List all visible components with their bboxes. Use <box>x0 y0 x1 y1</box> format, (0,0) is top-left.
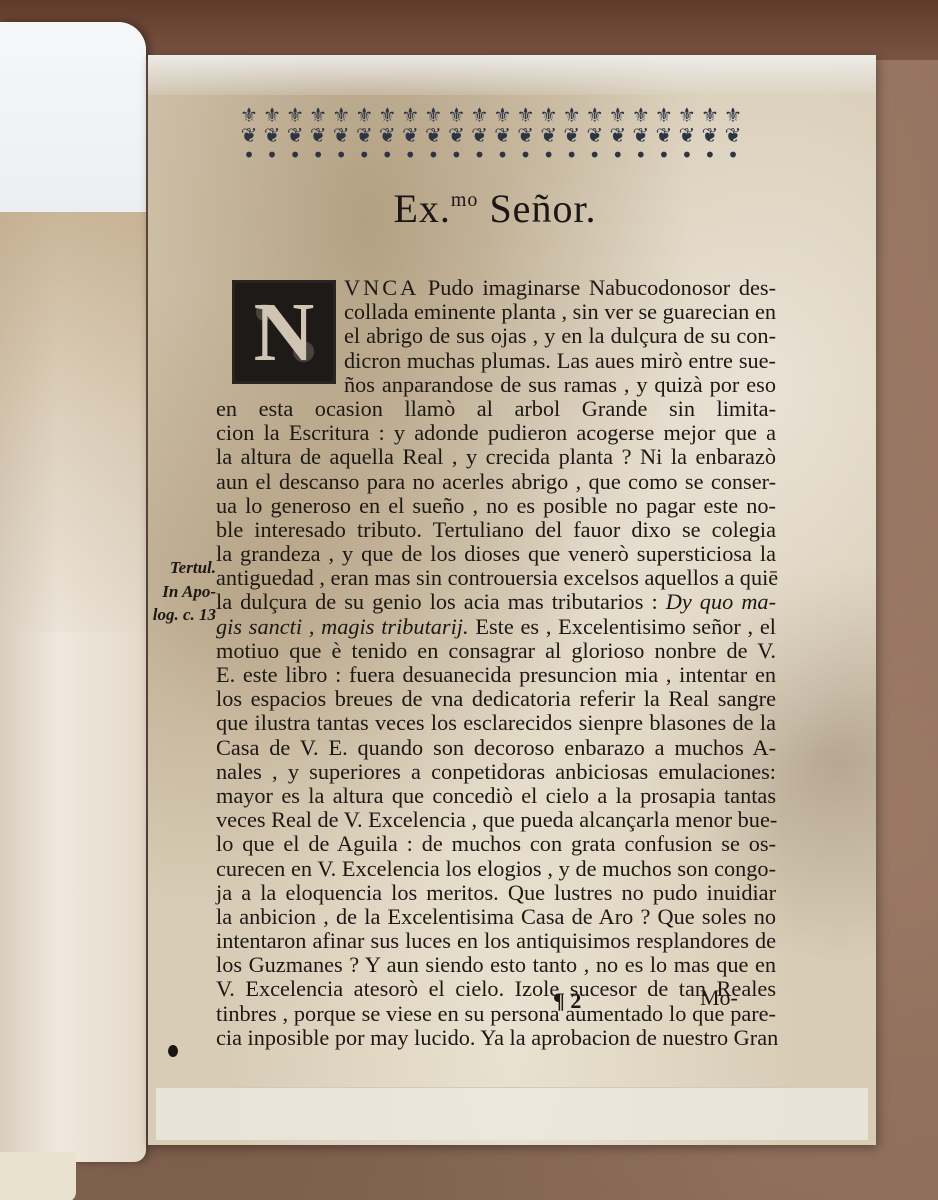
fleuron-glyph: ⚜ <box>240 101 258 121</box>
line-text: motiuo que è tenido en consagrar al glor… <box>216 638 776 663</box>
fleuron-glyph: ⚜ <box>724 101 742 121</box>
title-rest: Señor. <box>489 186 596 231</box>
fleuron-icon: ⚜❦• <box>399 101 421 161</box>
fleuron-icon: ⚜❦• <box>515 101 537 161</box>
text-line: E. este libro : fuera desuanecida presun… <box>216 663 776 687</box>
line-text: los espacios breues de vna dedicatoria r… <box>216 686 776 711</box>
title-superscript: mo <box>451 189 479 211</box>
fleuron-glyph: ❦ <box>609 121 626 141</box>
text-line: motiuo que è tenido en consagrar al glor… <box>216 639 776 663</box>
fleuron-glyph: • <box>243 141 255 161</box>
line-text: ja a la eloquencia los meritos. Que lust… <box>216 880 776 905</box>
line-text: aun el descanso para no acerles abrigo ,… <box>216 469 776 494</box>
text-line: Casa de V. E. quando son decoroso enbara… <box>216 736 776 760</box>
text-line: tinbres , porque se viese en su persona … <box>216 1002 776 1026</box>
margin-note-line: Tertul. <box>140 556 216 580</box>
fleuron-icon: ⚜❦• <box>445 101 467 161</box>
fleuron-icon: ⚜❦• <box>653 101 675 161</box>
line-text: Casa de V. E. quando son decoroso enbara… <box>216 735 776 760</box>
fleuron-glyph: • <box>335 141 347 161</box>
fleuron-icon: ⚜❦• <box>261 101 283 161</box>
fleuron-glyph: ❦ <box>448 121 465 141</box>
line-text: cion la Escritura : y adonde pudieron ac… <box>216 420 776 445</box>
fleuron-glyph: ❦ <box>563 121 580 141</box>
fleuron-glyph: • <box>381 141 393 161</box>
fleuron-glyph: • <box>589 141 601 161</box>
line-text: tinbres , porque se viese en su persona … <box>216 1001 776 1026</box>
text-line: ua lo generoso en el sueño , no es posib… <box>216 494 776 518</box>
text-line: veces Real de V. Excelencia , que pueda … <box>216 808 776 832</box>
fleuron-glyph: ❦ <box>287 121 304 141</box>
left-page-tab <box>0 1152 76 1200</box>
fleuron-icon: ⚜❦• <box>607 101 629 161</box>
line-text: veces Real de V. Excelencia , que pueda … <box>216 807 777 832</box>
fleuron-glyph: • <box>266 141 278 161</box>
fleuron-glyph: • <box>358 141 370 161</box>
catchword: Mo- <box>700 985 738 1011</box>
text-line: gis sancti , magis tributarij. Este es ,… <box>216 615 776 639</box>
fleuron-glyph: ❦ <box>702 121 719 141</box>
line-text: la altura de aquella Real , y crecida pl… <box>216 444 776 469</box>
fleuron-glyph: ⚜ <box>424 101 442 121</box>
fleuron-icon: ⚜❦• <box>376 101 398 161</box>
line-text: mayor es la altura que concediò el cielo… <box>216 783 776 808</box>
fleuron-icon: ⚜❦• <box>630 101 652 161</box>
left-page-white-section <box>0 22 146 212</box>
line-text: ble interesado tributo. Tertuliano del f… <box>216 517 776 542</box>
text-line: los espacios breues de vna dedicatoria r… <box>216 687 776 711</box>
text-line: antiguedad , eran mas sin controuersia e… <box>216 566 776 590</box>
text-line: cia inposible por may lucido. Ya la apro… <box>216 1026 776 1050</box>
text-line: nales , y superiores a conpetidoras anbi… <box>216 760 776 784</box>
fleuron-glyph: ⚜ <box>447 101 465 121</box>
margin-note-line: In Apo- <box>140 580 216 604</box>
fleuron-glyph: ⚜ <box>609 101 627 121</box>
fleuron-glyph: ⚜ <box>655 101 673 121</box>
text-line: V. Excelencia atesorò el cielo. Izole su… <box>216 977 776 1001</box>
text-line: collada eminente planta , sin ver se gua… <box>216 300 776 324</box>
line-text: V. Excelencia atesorò el cielo. Izole su… <box>216 976 776 1001</box>
title-main: Ex. <box>393 186 450 231</box>
line-text: lo que el de Aguila : de muchos con grat… <box>216 831 776 856</box>
fleuron-icon: ⚜❦• <box>492 101 514 161</box>
fleuron-glyph: ❦ <box>471 121 488 141</box>
fleuron-glyph: • <box>566 141 578 161</box>
fleuron-glyph: • <box>635 141 647 161</box>
text-line: los Guzmanes ? Y aun siendo esto tanto ,… <box>216 953 776 977</box>
fleuron-glyph: ❦ <box>310 121 327 141</box>
line-text: cia inposible por may lucido. Ya la apro… <box>216 1025 778 1050</box>
fleuron-icon: ⚜❦• <box>468 101 490 161</box>
fleuron-glyph: ⚜ <box>632 101 650 121</box>
dedication-body-text: VNCA Pudo imaginarse Nabucodonosor des-c… <box>216 276 776 1050</box>
margin-note-line: log. c. 13 <box>140 603 216 627</box>
fleuron-glyph: ❦ <box>632 121 649 141</box>
fleuron-glyph: ⚜ <box>263 101 281 121</box>
fleuron-glyph: • <box>658 141 670 161</box>
fleuron-icon: ⚜❦• <box>584 101 606 161</box>
fleuron-glyph: ❦ <box>494 121 511 141</box>
fleuron-glyph: • <box>451 141 463 161</box>
fleuron-icon: ⚜❦• <box>284 101 306 161</box>
fleuron-icon: ⚜❦• <box>238 101 260 161</box>
fleuron-glyph: ❦ <box>655 121 672 141</box>
fleuron-glyph: ⚜ <box>540 101 558 121</box>
text-line: intentaron afinar sus luces en los antiq… <box>216 929 776 953</box>
fleuron-ornament-band: ⚜❦•⚜❦•⚜❦•⚜❦•⚜❦•⚜❦•⚜❦•⚜❦•⚜❦•⚜❦•⚜❦•⚜❦•⚜❦•⚜… <box>238 100 744 162</box>
fleuron-glyph: • <box>404 141 416 161</box>
fleuron-glyph: ⚜ <box>378 101 396 121</box>
line-text: la anbicion , de la Excelentisima Casa d… <box>216 904 776 929</box>
fleuron-glyph: ⚜ <box>678 101 696 121</box>
fleuron-glyph: ⚜ <box>355 101 373 121</box>
fleuron-glyph: ❦ <box>264 121 281 141</box>
left-page-stain <box>0 212 146 632</box>
text-line: que ilustra tantas veces los esclarecido… <box>216 711 776 735</box>
fleuron-glyph: ⚜ <box>401 101 419 121</box>
line-text: los Guzmanes ? Y aun siendo esto tanto ,… <box>216 952 776 977</box>
fleuron-icon: ⚜❦• <box>330 101 352 161</box>
signature-mark: ¶ 2 <box>553 988 581 1014</box>
line-text: el abrigo de sus ojas , y en la dulçura … <box>344 323 776 348</box>
line-text: E. este libro : fuera desuanecida presun… <box>216 662 776 687</box>
fleuron-glyph: ❦ <box>402 121 419 141</box>
text-line: la anbicion , de la Excelentisima Casa d… <box>216 905 776 929</box>
fleuron-glyph: ⚜ <box>586 101 604 121</box>
margin-note: Tertul. In Apo- log. c. 13 <box>140 556 216 627</box>
line-text: ua lo generoso en el sueño , no es posib… <box>216 493 776 518</box>
fleuron-glyph: ❦ <box>425 121 442 141</box>
page-top-repair-strip <box>148 55 876 95</box>
fleuron-glyph: ❦ <box>356 121 373 141</box>
latin-quotation: gis sancti , magis tributarij. <box>216 614 469 639</box>
line-text: collada eminente planta , sin ver se gua… <box>344 299 776 324</box>
line-text: la dulçura de su genio los acia mas trib… <box>216 589 666 614</box>
text-line: curecen en V. Excelencia los elogios , y… <box>216 857 776 881</box>
text-line: la dulçura de su genio los acia mas trib… <box>216 590 776 614</box>
text-line: cion la Escritura : y adonde pudieron ac… <box>216 421 776 445</box>
text-line: aun el descanso para no acerles abrigo ,… <box>216 470 776 494</box>
fleuron-glyph: • <box>289 141 301 161</box>
text-line: ble interesado tributo. Tertuliano del f… <box>216 518 776 542</box>
line-text: curecen en V. Excelencia los elogios , y… <box>216 856 776 881</box>
fleuron-glyph: ⚜ <box>332 101 350 121</box>
line-text: intentaron afinar sus luces en los antiq… <box>216 928 776 953</box>
fleuron-glyph: • <box>520 141 532 161</box>
fleuron-icon: ⚜❦• <box>307 101 329 161</box>
fleuron-glyph: • <box>612 141 624 161</box>
fleuron-glyph: ⚜ <box>517 101 535 121</box>
line-text: en esta ocasion llamò al arbol Grande si… <box>216 396 776 421</box>
fleuron-glyph: ❦ <box>725 121 742 141</box>
line-text: que ilustra tantas veces los esclarecido… <box>216 710 776 735</box>
fleuron-glyph: ❦ <box>241 121 258 141</box>
fleuron-glyph: ❦ <box>333 121 350 141</box>
fleuron-icon: ⚜❦• <box>722 101 744 161</box>
fleuron-glyph: ⚜ <box>471 101 489 121</box>
fleuron-glyph: • <box>427 141 439 161</box>
text-line: la altura de aquella Real , y crecida pl… <box>216 445 776 469</box>
fleuron-icon: ⚜❦• <box>676 101 698 161</box>
text-line: mayor es la altura que concediò el cielo… <box>216 784 776 808</box>
line-text: ños anparandose de sus ramas , y quizà p… <box>344 372 776 397</box>
text-line: ja a la eloquencia los meritos. Que lust… <box>216 881 776 905</box>
page-bottom-repair-tape <box>156 1087 868 1140</box>
text-line: dicron muchas plumas. Las aues mirò entr… <box>216 349 776 373</box>
text-line: el abrigo de sus ojas , y en la dulçura … <box>216 324 776 348</box>
text-line: VNCA Pudo imaginarse Nabucodonosor des- <box>216 276 776 300</box>
fleuron-glyph: ⚜ <box>494 101 512 121</box>
line-text: la grandeza , y que de los dioses que ve… <box>216 541 776 566</box>
line-text: Pudo imaginarse Nabucodonosor des- <box>419 275 776 300</box>
fleuron-glyph: • <box>497 141 509 161</box>
fleuron-icon: ⚜❦• <box>699 101 721 161</box>
fleuron-glyph: • <box>727 141 739 161</box>
line-text: dicron muchas plumas. Las aues mirò entr… <box>344 348 776 373</box>
line-text: Este es , Excelentisimo señor , el <box>469 614 776 639</box>
fleuron-glyph: ⚜ <box>309 101 327 121</box>
fleuron-glyph: ❦ <box>540 121 557 141</box>
fleuron-glyph: ❦ <box>517 121 534 141</box>
fleuron-glyph: ⚜ <box>701 101 719 121</box>
fleuron-glyph: ⚜ <box>563 101 581 121</box>
fleuron-glyph: ⚜ <box>286 101 304 121</box>
fleuron-glyph: • <box>474 141 486 161</box>
fleuron-glyph: ❦ <box>379 121 396 141</box>
fleuron-icon: ⚜❦• <box>353 101 375 161</box>
latin-quotation: Dy quo ma- <box>666 589 776 614</box>
fleuron-glyph: ❦ <box>586 121 603 141</box>
line-text: nales , y superiores a conpetidoras anbi… <box>216 759 776 784</box>
fleuron-glyph: • <box>704 141 716 161</box>
fleuron-icon: ⚜❦• <box>538 101 560 161</box>
fleuron-glyph: ❦ <box>679 121 696 141</box>
line-text: antiguedad , eran mas sin controuersia e… <box>216 565 778 590</box>
fleuron-glyph: • <box>312 141 324 161</box>
text-line: lo que el de Aguila : de muchos con grat… <box>216 832 776 856</box>
fleuron-glyph: • <box>543 141 555 161</box>
text-line: ños anparandose de sus ramas , y quizà p… <box>216 373 776 397</box>
opening-capitals: VNCA <box>344 275 419 300</box>
ink-spot <box>168 1045 178 1057</box>
fleuron-icon: ⚜❦• <box>422 101 444 161</box>
text-line: la grandeza , y que de los dioses que ve… <box>216 542 776 566</box>
fleuron-icon: ⚜❦• <box>561 101 583 161</box>
fleuron-glyph: • <box>681 141 693 161</box>
text-line: en esta ocasion llamò al arbol Grande si… <box>216 397 776 421</box>
page-title: Ex.mo Señor. <box>0 185 938 232</box>
